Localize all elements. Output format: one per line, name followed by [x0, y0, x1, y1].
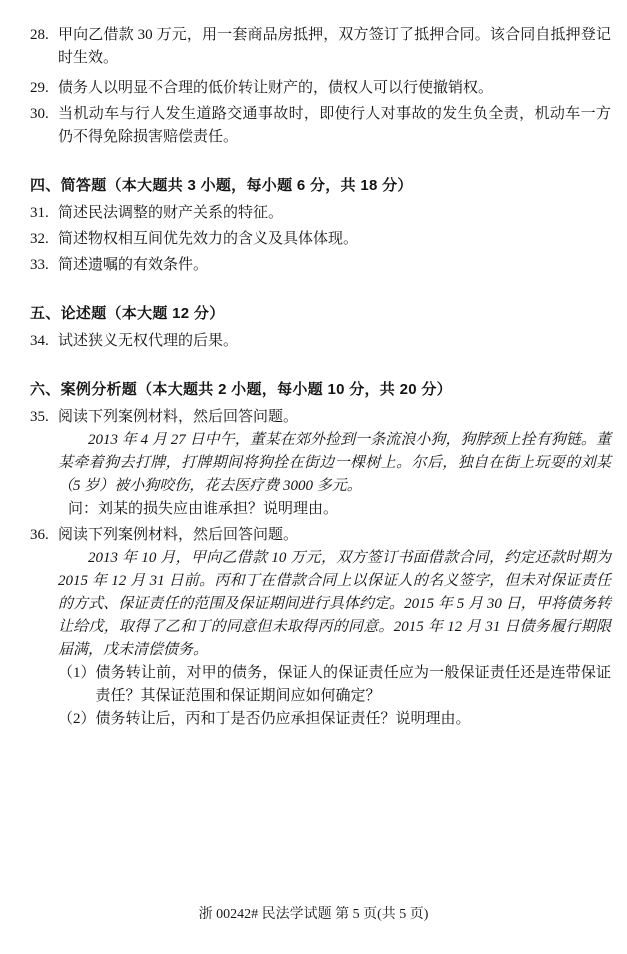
sub-question-marker: （1） [58, 662, 96, 708]
question-item-30: 30. 当机动车与行人发生道路交通事故时，即使行人对事故的发生负全责，机动车一方… [30, 103, 611, 149]
question-text: 债务人以明显不合理的低价转让财产的，债权人可以行使撤销权。 [58, 77, 611, 100]
exam-page: 28. 甲向乙借款 30 万元，用一套商品房抵押，双方签订了抵押合同。该合同自抵… [0, 0, 627, 731]
question-item-31: 31. 简述民法调整的财产关系的特征。 [30, 202, 611, 225]
question-number: 36. [30, 524, 58, 731]
case-question: 问：刘某的损失应由谁承担？说明理由。 [58, 498, 611, 521]
question-number: 35. [30, 406, 58, 521]
question-number: 31. [30, 202, 58, 225]
case-intro: 阅读下列案例材料，然后回答问题。 [58, 524, 611, 547]
question-body: 阅读下列案例材料，然后回答问题。 2013 年 4 月 27 日中午，董某在郊外… [58, 406, 611, 521]
question-number: 28. [30, 24, 58, 70]
sub-question-text: 债务转让后，丙和丁是否仍应承担保证责任？说明理由。 [96, 708, 611, 731]
sub-question-2: （2） 债务转让后，丙和丁是否仍应承担保证责任？说明理由。 [58, 708, 611, 731]
sub-question-marker: （2） [58, 708, 96, 731]
question-number: 32. [30, 228, 58, 251]
question-item-33: 33. 简述遗嘱的有效条件。 [30, 254, 611, 277]
question-number: 29. [30, 77, 58, 100]
question-text: 简述遗嘱的有效条件。 [58, 254, 611, 277]
question-item-34: 34. 试述狭义无权代理的后果。 [30, 330, 611, 353]
question-text: 甲向乙借款 30 万元，用一套商品房抵押，双方签订了抵押合同。该合同自抵押登记时… [58, 24, 611, 70]
question-number: 34. [30, 330, 58, 353]
question-text: 试述狭义无权代理的后果。 [58, 330, 611, 353]
case-material: 2013 年 4 月 27 日中午，董某在郊外捡到一条流浪小狗，狗脖颈上拴有狗链… [58, 429, 611, 498]
question-text: 简述物权相互间优先效力的含义及具体体现。 [58, 228, 611, 251]
section-heading-short-answer: 四、简答题（本大题共 3 小题，每小题 6 分，共 18 分） [30, 174, 611, 197]
question-item-28: 28. 甲向乙借款 30 万元，用一套商品房抵押，双方签订了抵押合同。该合同自抵… [30, 24, 611, 70]
question-item-32: 32. 简述物权相互间优先效力的含义及具体体现。 [30, 228, 611, 251]
section-heading-essay: 五、论述题（本大题 12 分） [30, 302, 611, 325]
question-text: 当机动车与行人发生道路交通事故时，即使行人对事故的发生负全责，机动车一方仍不得免… [58, 103, 611, 149]
question-item-35: 35. 阅读下列案例材料，然后回答问题。 2013 年 4 月 27 日中午，董… [30, 406, 611, 521]
case-material: 2013 年 10 月，甲向乙借款 10 万元，双方签订书面借款合同，约定还款时… [58, 547, 611, 662]
sub-question-text: 债务转让前，对甲的债务，保证人的保证责任应为一般保证责任还是连带保证责任？其保证… [96, 662, 611, 708]
page-footer: 浙 00242# 民法学试题 第 5 页(共 5 页) [0, 903, 627, 923]
question-item-29: 29. 债务人以明显不合理的低价转让财产的，债权人可以行使撤销权。 [30, 77, 611, 100]
question-item-36: 36. 阅读下列案例材料，然后回答问题。 2013 年 10 月，甲向乙借款 1… [30, 524, 611, 731]
question-number: 30. [30, 103, 58, 149]
section-heading-case-analysis: 六、案例分析题（本大题共 2 小题，每小题 10 分，共 20 分） [30, 378, 611, 401]
question-text: 简述民法调整的财产关系的特征。 [58, 202, 611, 225]
case-intro: 阅读下列案例材料，然后回答问题。 [58, 406, 611, 429]
question-body: 阅读下列案例材料，然后回答问题。 2013 年 10 月，甲向乙借款 10 万元… [58, 524, 611, 731]
question-number: 33. [30, 254, 58, 277]
sub-question-1: （1） 债务转让前，对甲的债务，保证人的保证责任应为一般保证责任还是连带保证责任… [58, 662, 611, 708]
